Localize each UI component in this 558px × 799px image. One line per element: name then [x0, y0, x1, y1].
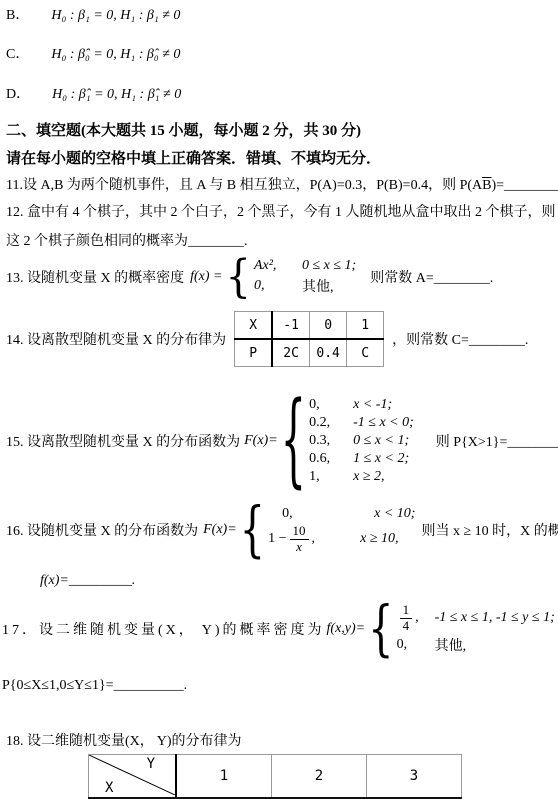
- q17-fraction: 14: [400, 603, 413, 634]
- q15-function-name: F(x)=: [244, 433, 278, 449]
- question-18: 18. 设二维随机变量(X， Y)的分布律为: [6, 730, 242, 750]
- q14-cell-p2: 0.4: [310, 339, 347, 367]
- q18-col-3: 3: [367, 755, 462, 799]
- q15-piecewise: { 0,x < -1; 0.2,-1 ≤ x < 0; 0.3,0 ≤ x < …: [281, 397, 414, 485]
- q14-distribution-table: X -1 0 1 P 2C 0.4 C: [234, 311, 384, 367]
- q14-cell-v2: 0: [310, 312, 347, 340]
- option-d: D． H₀ : β̂₁ = 0, H₁ : β̂₁ ≠ 0: [6, 83, 181, 103]
- q17-blank-line: P{0≤X≤1,0≤Y≤1}=__________.: [2, 678, 187, 694]
- question-12-line2: 这 2 个棋子颜色相同的概率为________.: [6, 230, 248, 250]
- q11-text: 11.设 A,B 为两个随机事件，且 A 与 B 相互独立，P(A)=0.3，P…: [6, 178, 482, 193]
- q15-case5-cond: x ≥ 2,: [353, 469, 384, 485]
- option-c-formula: H₀ : β̂₀ = 0, H₁ : β̂₀ ≠ 0: [51, 47, 180, 63]
- option-d-label: D．: [6, 83, 30, 103]
- q16-case1-expr: 0,: [268, 506, 366, 522]
- q17-case2-expr: 0,: [397, 637, 427, 653]
- q16-case2-pre: 1 −: [268, 531, 286, 547]
- q16-case1-cond: x < 10;: [374, 506, 415, 522]
- left-brace-icon: {: [281, 390, 306, 492]
- left-brace-icon: {: [368, 599, 393, 659]
- fraction-denominator: 4: [403, 619, 410, 634]
- q15-case3-expr: 0.3,: [309, 433, 341, 449]
- q14-text: 14. 设离散型随机变量 X 的分布律为: [6, 329, 226, 349]
- q15-case1-cond: x < -1;: [353, 397, 392, 413]
- q15-blank: 则 P{X>1}=________.: [436, 431, 558, 451]
- q15-case5-expr: 1,: [309, 469, 341, 485]
- section-instruction: 请在每小题的空格中填上正确答案．错填、不填均无分．: [6, 147, 381, 168]
- q16-case2-expr: 1 − 10x ,: [268, 524, 352, 555]
- q17-case2-cond: 其他,: [435, 635, 467, 655]
- q18-joint-distribution-table: Y X 1 2 3: [88, 754, 462, 799]
- q17-text: 17．设二维随机变量(X， Y)的概率密度为: [2, 619, 325, 639]
- option-c-label: C．: [6, 43, 29, 63]
- option-b-formula: H₀ : β₁ = 0, H₁ : β₁ ≠ 0: [51, 8, 180, 24]
- fraction-numerator: 10: [290, 524, 309, 540]
- q15-case4-expr: 0.6,: [309, 451, 341, 467]
- q14-cell-x: X: [235, 312, 273, 340]
- q17-function-name: f(x,y)=: [327, 621, 366, 637]
- left-brace-icon: {: [226, 255, 251, 300]
- option-c: C． H₀ : β̂₀ = 0, H₁ : β̂₀ ≠ 0: [6, 43, 180, 63]
- q13-case1-expr: Ax²,: [254, 258, 292, 274]
- option-b-label: B．: [6, 4, 29, 24]
- q15-case3-cond: 0 ≤ x < 1;: [353, 433, 409, 449]
- q16-after-text: 则当 x ≥ 10 时，X 的概率密度: [421, 520, 558, 540]
- q15-case1-expr: 0,: [309, 397, 341, 413]
- q14-cell-v3: 1: [347, 312, 384, 340]
- q18-col-1: 1: [176, 755, 272, 799]
- q13-blank: 则常数 A=________.: [370, 267, 493, 287]
- q13-piecewise: { Ax²,0 ≤ x ≤ 1; 0,其他,: [226, 257, 357, 297]
- q16-case2-post: ,: [312, 531, 316, 547]
- question-15: 15. 设离散型随机变量 X 的分布函数为 F(x)= { 0,x < -1; …: [6, 386, 558, 496]
- q11-blank: )=__________.: [491, 178, 558, 193]
- question-14: 14. 设离散型随机变量 X 的分布律为 X -1 0 1 P 2C 0.4 C…: [6, 310, 528, 368]
- exam-page: B． H₀ : β₁ = 0, H₁ : β₁ ≠ 0 C． H₀ : β̂₀ …: [0, 0, 558, 799]
- q15-case2-cond: -1 ≤ x < 0;: [353, 415, 414, 431]
- table-row: X -1 0 1: [235, 312, 384, 340]
- question-13: 13. 设随机变量 X 的概率密度 f(x) = { Ax²,0 ≤ x ≤ 1…: [6, 250, 493, 304]
- q16-piecewise: { 0,x < 10; 1 − 10x , x ≥ 10,: [240, 506, 416, 555]
- q13-case2-cond: 其他,: [302, 276, 334, 296]
- q13-case1-cond: 0 ≤ x ≤ 1;: [302, 258, 356, 274]
- table-row: Y X 1 2 3: [89, 755, 462, 799]
- q18-corner-x-label: X: [105, 780, 113, 796]
- q17-case1-cond: -1 ≤ x ≤ 1, -1 ≤ y ≤ 1;: [435, 610, 555, 626]
- question-16: 16. 设随机变量 X 的分布函数为 F(x)= { 0,x < 10; 1 −…: [6, 497, 558, 563]
- q16-case2-cond: x ≥ 10,: [360, 531, 398, 547]
- q17-case1-post: ,: [415, 610, 419, 626]
- q16-function-name: F(x)=: [203, 522, 237, 538]
- q13-text: 13. 设随机变量 X 的概率密度: [6, 267, 184, 287]
- q13-function-name: f(x) =: [190, 269, 222, 285]
- q18-diagonal-cell: Y X: [89, 755, 177, 799]
- q17-case1-expr: 14 ,: [397, 603, 427, 634]
- q14-cell-v1: -1: [272, 312, 310, 340]
- left-brace-icon: {: [240, 500, 265, 560]
- q16-fraction: 10x: [290, 524, 309, 555]
- q15-case2-expr: 0.2,: [309, 415, 341, 431]
- q16-text: 16. 设随机变量 X 的分布函数为: [6, 520, 198, 540]
- q17-piecewise: { 14 , -1 ≤ x ≤ 1, -1 ≤ y ≤ 1; 0,其他,: [368, 603, 555, 656]
- q13-case2-expr: 0,: [254, 278, 292, 294]
- q14-cell-p3: C: [347, 339, 384, 367]
- q14-cell-p: P: [235, 339, 273, 367]
- option-b: B． H₀ : β₁ = 0, H₁ : β₁ ≠ 0: [6, 4, 180, 24]
- q15-text: 15. 设离散型随机变量 X 的分布函数为: [6, 431, 240, 451]
- q18-col-2: 2: [272, 755, 367, 799]
- question-12-line1: 12. 盒中有 4 个棋子，其中 2 个白子，2 个黑子，今有 1 人随机地从盒…: [6, 201, 556, 221]
- q15-case4-cond: 1 ≤ x < 2;: [353, 451, 409, 467]
- fraction-denominator: x: [296, 540, 302, 555]
- q18-corner-y-label: Y: [147, 756, 155, 772]
- question-11: 11.设 A,B 为两个随机事件，且 A 与 B 相互独立，P(A)=0.3，P…: [6, 174, 558, 194]
- table-row: P 2C 0.4 C: [235, 339, 384, 367]
- q14-cell-p1: 2C: [272, 339, 310, 367]
- fraction-numerator: 1: [400, 603, 413, 619]
- section-heading: 二、填空题(本大题共 15 小题，每小题 2 分，共 30 分): [6, 119, 361, 140]
- q14-blank: ，则常数 C=________.: [392, 329, 528, 349]
- q16-blank-line: f(x)=_________.: [40, 573, 135, 589]
- option-d-formula: H₀ : β̂₁ = 0, H₁ : β̂₁ ≠ 0: [52, 87, 181, 103]
- diagonal-line-icon: [89, 755, 175, 795]
- question-17: 17．设二维随机变量(X， Y)的概率密度为 f(x,y)= { 14 , -1…: [2, 597, 558, 661]
